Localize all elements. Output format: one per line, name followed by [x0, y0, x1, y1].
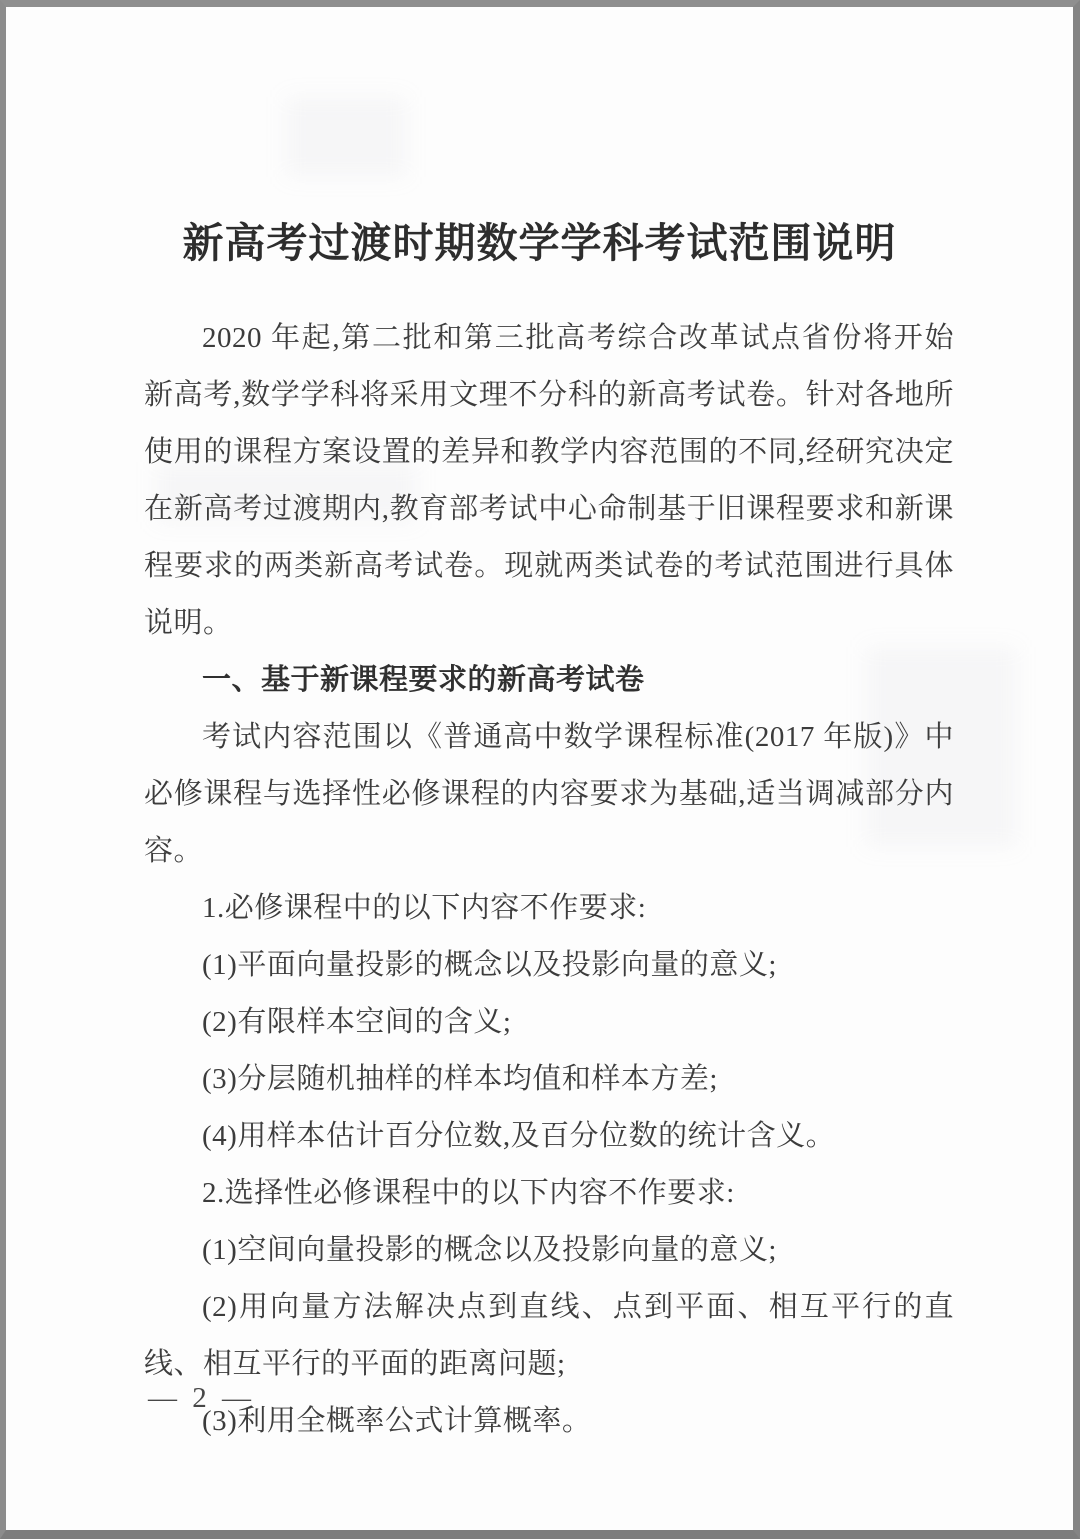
list-item: (3)利用全概率公式计算概率。	[144, 1393, 954, 1450]
scan-artifact	[286, 97, 406, 177]
section1-intro-paragraph: 考试内容范围以《普通高中数学课程标准(2017 年版)》中必修课程与选择性必修课…	[144, 709, 954, 880]
list-item: (3)分层随机抽样的样本均值和样本方差;	[144, 1051, 954, 1108]
page-title: 新高考过渡时期数学学科考试范围说明	[6, 210, 1073, 269]
list-item: (2)有限样本空间的含义;	[144, 994, 954, 1051]
list2-heading: 2.选择性必修课程中的以下内容不作要求:	[144, 1165, 954, 1222]
list-item: (4)用样本估计百分位数,及百分位数的统计含义。	[144, 1108, 954, 1165]
list-item: (2)用向量方法解决点到直线、点到平面、相互平行的直线、相互平行的平面的距离问题…	[144, 1279, 954, 1393]
intro-paragraph: 2020 年起,第二批和第三批高考综合改革试点省份将开始新高考,数学学科将采用文…	[144, 310, 954, 652]
document-body: 2020 年起,第二批和第三批高考综合改革试点省份将开始新高考,数学学科将采用文…	[144, 310, 954, 1450]
section1-heading: 一、基于新课程要求的新高考试卷	[144, 652, 954, 709]
list-item: (1)空间向量投影的概念以及投影向量的意义;	[144, 1222, 954, 1279]
page-number: — 2 —	[148, 1370, 255, 1427]
list-item: (1)平面向量投影的概念以及投影向量的意义;	[144, 937, 954, 994]
document-page: 新高考过渡时期数学学科考试范围说明 2020 年起,第二批和第三批高考综合改革试…	[0, 0, 1080, 1539]
list1-heading: 1.必修课程中的以下内容不作要求:	[144, 880, 954, 937]
